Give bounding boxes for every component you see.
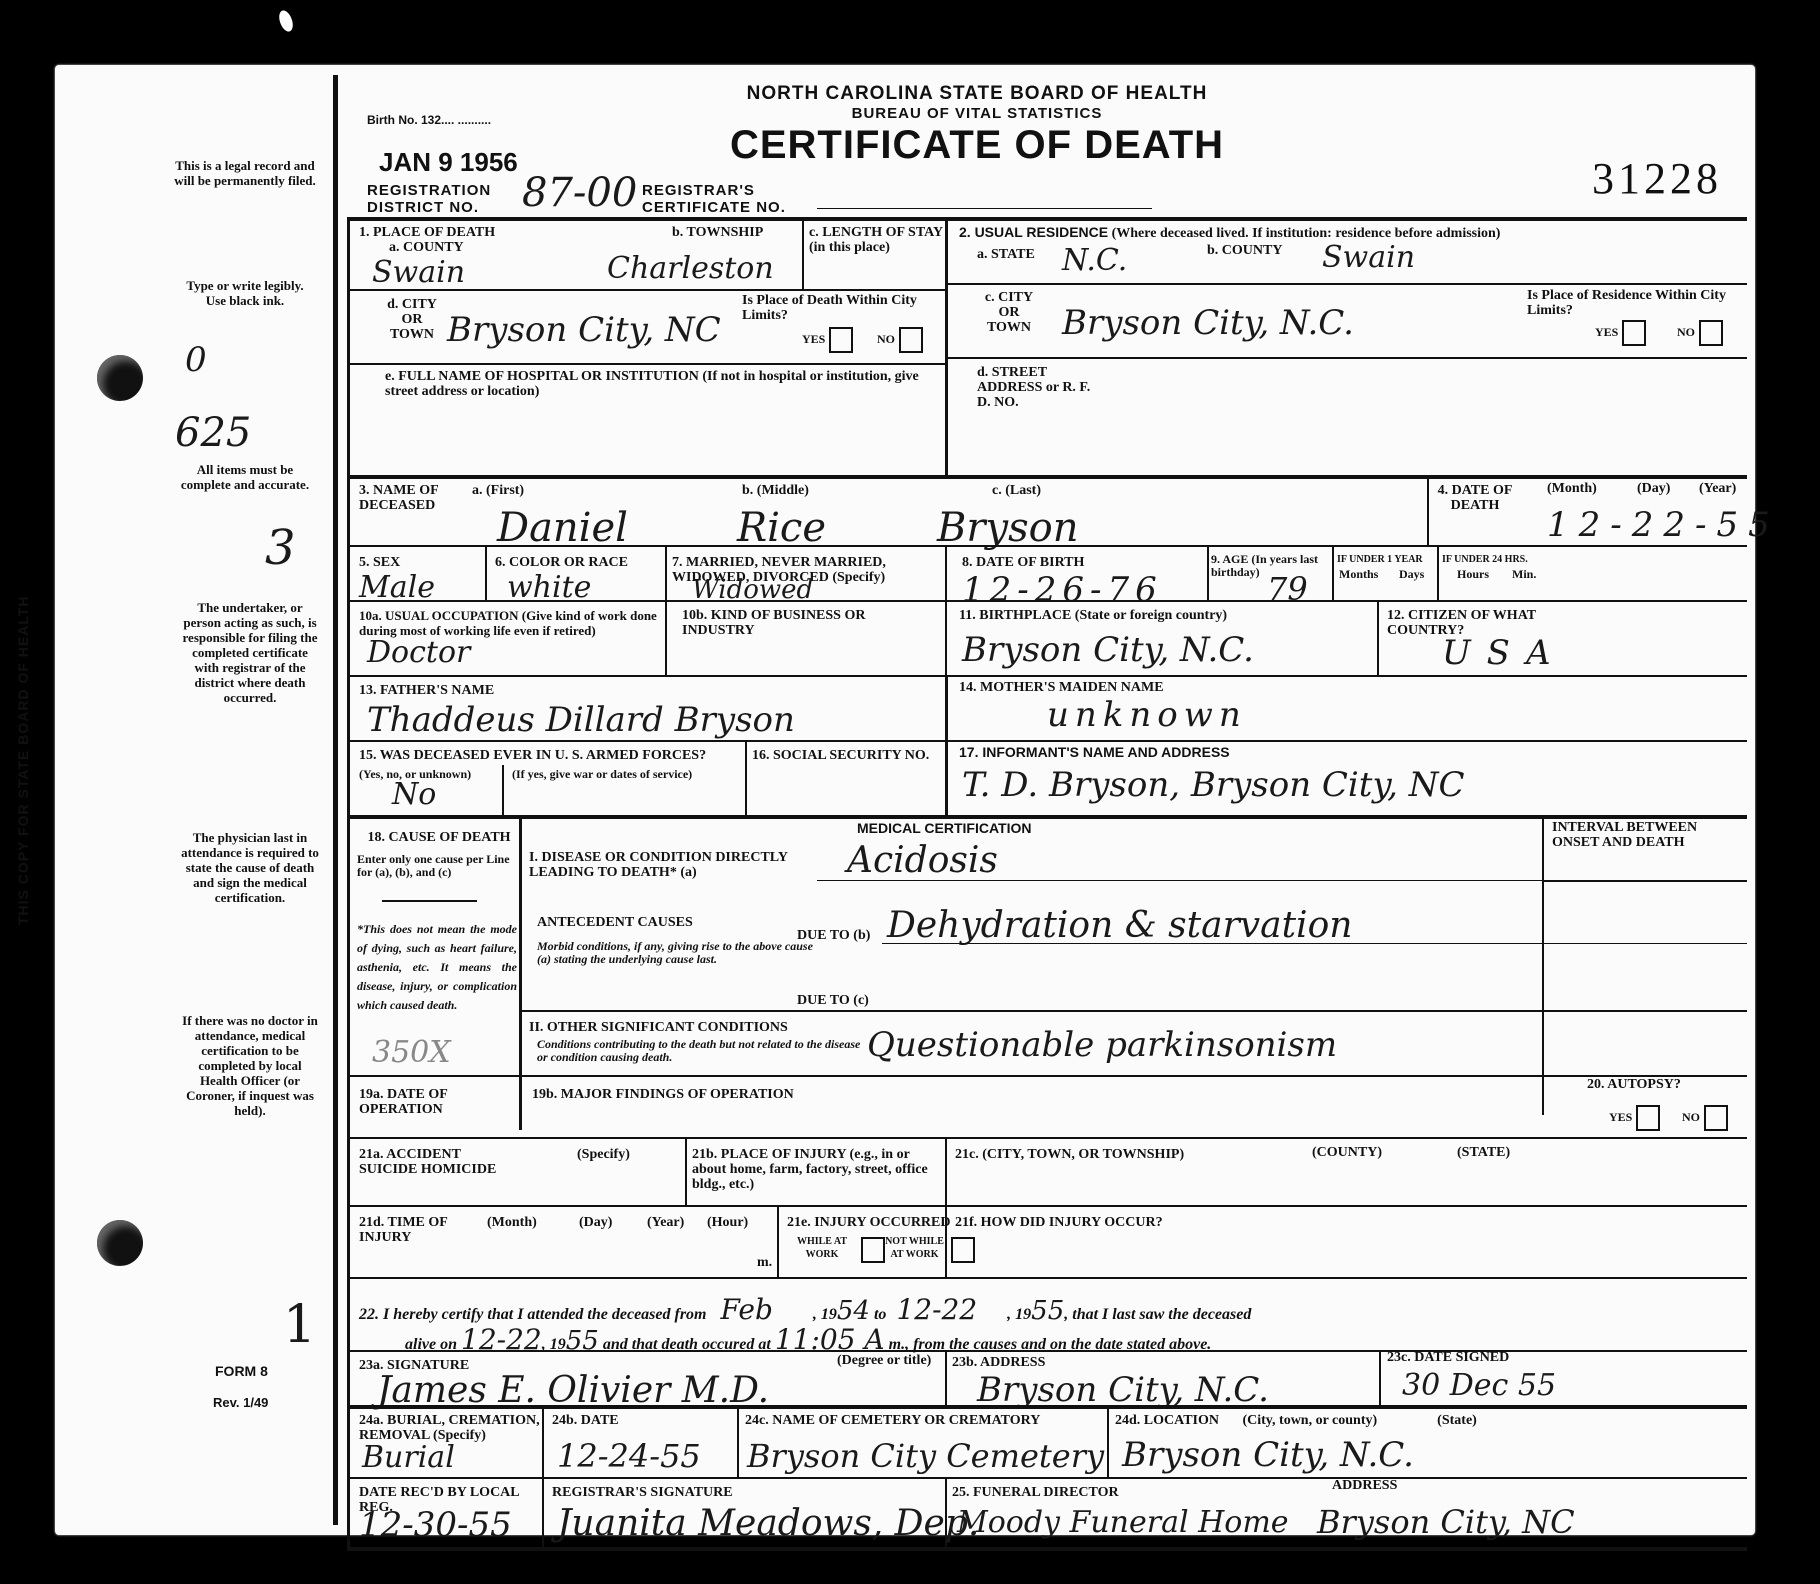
rule [347,1205,1747,1207]
header-rule [347,217,1747,221]
informant-value: T. D. Bryson, Bryson City, NC [962,765,1465,805]
residence-city-label: c. CITY OR TOWN [979,290,1039,335]
death-township-value: Charleston [607,251,774,286]
residence-within-limits-label: Is Place of Residence Within City Limits… [1527,288,1747,318]
death-day-label: (Day) [1637,481,1670,496]
injury-m-label: m. [757,1255,772,1270]
interval-label: INTERVAL BETWEEN ONSET AND DEATH [1552,820,1742,850]
divider [945,545,947,675]
injury-day-label: (Day) [579,1215,612,1230]
age-value: 79 [1267,570,1308,608]
sex-label: 5. SEX [359,555,400,570]
middle-name-label: b. (Middle) [742,483,809,498]
rule [347,1075,1747,1077]
occupation-label: 10a. USUAL OCCUPATION (Give kind of work… [359,608,664,638]
divider [519,815,522,1130]
date-received-value: 12-30-55 [359,1505,512,1545]
date-signed-value: 30 Dec 55 [1402,1368,1556,1403]
checkbox-yes[interactable] [1636,1105,1660,1131]
checkbox-no[interactable] [1699,320,1723,346]
other-conditions-value: Questionable parkinsonism [867,1025,1337,1065]
injury-type-label: 21a. ACCIDENT SUICIDE HOMICIDE [359,1147,499,1177]
attended-to-value: 12-22 [896,1293,977,1326]
rule [347,545,1747,547]
divider [1542,815,1544,1115]
months-label: Months [1339,568,1378,581]
registrar-certificate-label: REGISTRAR'S CERTIFICATE NO. [642,182,842,216]
left-margin: This is a legal record and will be perma… [55,65,337,1535]
autopsy-no[interactable]: NO [1682,1105,1728,1131]
antecedent-hint: Morbid conditions, if any, giving rise t… [537,940,817,966]
last-name-label: c. (Last) [992,483,1041,498]
death-date-value: 12-22-55 [1547,505,1780,545]
cemetery-label: 24c. NAME OF CEMETERY OR CREMATORY [745,1413,1040,1428]
length-of-stay-label: c. LENGTH OF STAY (in this place) [809,225,944,255]
divider [1107,1405,1109,1477]
divider [737,1405,739,1477]
paper-tear-mark [277,9,296,34]
attended-from-year: 54 [837,1296,870,1326]
birth-number: Birth No. 132.... .......... [367,113,491,127]
margin-note-physician: The physician last in attendance is requ… [180,830,320,905]
rule [347,675,1747,677]
residence-state-value: N.C. [1062,243,1127,278]
registrar-certificate-line [817,208,1152,209]
cause-b-value: Dehydration & starvation [887,905,1352,946]
rule [347,475,1747,479]
rule [347,363,945,365]
margin-code-1: 1 [283,1295,316,1355]
rule [519,1010,1747,1012]
informant-label: 17. INFORMANT'S NAME AND ADDRESS [959,745,1230,760]
form-left-border [347,217,350,1550]
rule [347,815,1747,819]
rule [347,1547,1747,1551]
divider [1207,545,1209,600]
received-stamp-date: JAN 9 1956 [379,147,518,178]
citizen-value: USA [1442,633,1567,673]
registration-district-value: 87-00 [522,170,637,216]
rule [347,1405,1747,1409]
injury-place-label: 21b. PLACE OF INJURY (e.g., in or about … [692,1147,942,1192]
autopsy-yes[interactable]: YES [1609,1105,1660,1131]
injury-time-label: 21d. TIME OF INJURY [359,1215,459,1245]
death-within-limits-label: Is Place of Death Within City Limits? [742,293,952,323]
divider [685,1137,687,1205]
death-date-label: 4. DATE OF DEATH [1435,483,1515,513]
checkbox-no[interactable] [899,327,923,353]
rule [945,357,1747,359]
rule [347,740,1747,742]
bureau-name: BUREAU OF VITAL STATISTICS [727,105,1227,122]
usual-residence-label: 2. USUAL RESIDENCE (Where deceased lived… [959,225,1749,241]
dob-label: 8. DATE OF BIRTH [962,555,1084,570]
vertical-copy-notice: THIS COPY FOR STATE BOARD OF HEALTH [15,595,31,925]
injury-city-label: 21c. (CITY, TOWN, OR TOWNSHIP) [955,1147,1184,1162]
divider [1377,600,1379,675]
death-city-value: Bryson City, NC [447,310,721,350]
agency-name: NORTH CAROLINA STATE BOARD OF HEALTH [727,83,1227,105]
form-revision: Rev. 1/49 [213,1395,268,1410]
divider [945,1350,947,1405]
form-number: FORM 8 [215,1363,268,1379]
injury-how-label: 21f. HOW DID INJURY OCCUR? [955,1215,1163,1230]
rule [347,1277,1747,1279]
operation-date-label: 19a. DATE OF OPERATION [359,1087,519,1117]
residence-within-limits-no[interactable]: NO [1677,320,1723,346]
residence-county-label: b. COUNTY [1207,243,1282,258]
injury-year-label: (Year) [647,1215,684,1230]
state-file-number: 31228 [1592,153,1722,204]
mother-label: 14. MOTHER'S MAIDEN NAME [959,680,1164,695]
rule [347,289,945,291]
registration-district-label: REGISTRATION DISTRICT NO. [367,182,527,216]
race-label: 6. COLOR OR RACE [495,555,628,570]
funeral-address-label: ADDRESS [1332,1478,1397,1493]
funeral-director-label: 25. FUNERAL DIRECTOR [952,1485,1119,1500]
hours-label: Hours [1457,568,1489,581]
margin-note-legal: This is a legal record and will be perma… [165,158,325,188]
injury-occurred-label: 21e. INJURY OCCURRED [787,1215,950,1230]
min-label: Min. [1512,568,1536,581]
business-label: 10b. KIND OF BUSINESS OR INDUSTRY [682,608,932,638]
divider [945,217,948,475]
injury-month-label: (Month) [487,1215,537,1230]
occupation-value: Doctor [367,635,470,670]
attended-from-value: Feb [721,1293,773,1326]
residence-within-limits-yes[interactable]: YES [1595,320,1646,346]
divider [777,1205,779,1277]
margin-code-625: 625 [175,410,251,456]
rule [347,1350,1747,1352]
date-signed-label: 23c. DATE SIGNED [1387,1350,1509,1365]
cause-footnote: *This does not mean the mode of dying, s… [357,920,517,1015]
dob-value: 12-26-76 [962,570,1163,610]
hospital-label: e. FULL NAME OF HOSPITAL OR INSTITUTION … [385,369,945,399]
part2-hint: Conditions contributing to the death but… [537,1038,867,1064]
birthplace-value: Bryson City, N.C. [962,630,1254,670]
margin-note-no-doctor: If there was no doctor in attendance, me… [180,1013,320,1118]
days-label: Days [1399,568,1424,581]
margin-note-undertaker: The undertaker, or person acting as such… [180,600,320,705]
father-value: Thaddeus Dillard Bryson [367,700,795,740]
checkbox-yes-checked[interactable] [1622,320,1646,346]
divider [1437,545,1439,600]
antecedent-label: ANTECEDENT CAUSES [537,915,693,930]
part1-label: I. DISEASE OR CONDITION DIRECTLY LEADING… [529,850,829,880]
part2-label: II. OTHER SIGNIFICANT CONDITIONS [529,1020,788,1035]
injury-county-label: (COUNTY) [1312,1145,1382,1160]
margin-code-3: 3 [265,520,296,576]
divider [1427,475,1429,545]
burial-date-label: 24b. DATE [552,1413,619,1428]
divider [485,545,487,600]
township-label: b. TOWNSHIP [672,225,763,240]
rule [347,600,1747,602]
cemetery-value: Bryson City Cemetery [747,1437,1104,1475]
operation-findings-label: 19b. MAJOR FINDINGS OF OPERATION [532,1087,794,1102]
death-within-limits-yes[interactable]: YES [802,327,853,353]
armed-forces-label: 15. WAS DECEASED EVER IN U. S. ARMED FOR… [359,748,749,763]
cause-of-death-label: 18. CAUSE OF DEATH [359,830,519,845]
death-county-value: Swain [372,255,465,290]
war-service-hint: (If yes, give war or dates of service) [512,768,692,781]
autopsy-label: 20. AUTOPSY? [1587,1077,1681,1092]
cause-a-value: Acidosis [847,840,998,881]
divider [945,675,948,815]
rule [882,943,1747,944]
page-title: CERTIFICATE OF DEATH [672,123,1282,168]
burial-date-value: 12-24-55 [557,1437,701,1475]
rule [347,1477,1747,1479]
divider [665,545,667,675]
burial-value: Burial [362,1440,455,1475]
due-to-b-label: DUE TO (b) [797,928,870,943]
checkbox-not-at-work[interactable] [951,1237,975,1263]
attended-to-year: 55 [1031,1296,1064,1326]
medical-certification-title: MEDICAL CERTIFICATION [857,820,1031,836]
certify-line-1: 22. I hereby certify that I attended the… [359,1293,1251,1326]
cause-of-death-hint: Enter only one cause per Line for (a), (… [357,853,517,879]
ssn-label: 16. SOCIAL SECURITY NO. [752,748,929,763]
death-year-label: (Year) [1699,481,1736,496]
residence-street-label: d. STREET ADDRESS or R. F. D. NO. [977,365,1107,410]
residence-state-label: a. STATE [977,247,1035,262]
margin-note-legibly: Type or write legibly. Use black ink. [185,278,305,308]
divider [802,217,804,289]
rule [382,900,477,902]
place-of-death-label: 1. PLACE OF DEATHa. COUNTY [359,225,559,255]
registrar-signature-label: REGISTRAR'S SIGNATURE [552,1485,733,1500]
certificate-form: Birth No. 132.... .......... NORTH CAROL… [347,65,1747,1535]
under-day-label: IF UNDER 24 HRS. [1442,553,1528,566]
death-certificate-sheet: This is a legal record and will be perma… [55,65,1755,1535]
checkbox-yes-checked[interactable] [829,327,853,353]
death-city-label: d. CITY OR TOWN [382,297,442,342]
physician-address-label: 23b. ADDRESS [952,1355,1045,1370]
birthplace-label: 11. BIRTHPLACE (State or foreign country… [959,608,1369,623]
due-to-c-label: DUE TO (c) [797,993,869,1008]
location-value: Bryson City, N.C. [1122,1435,1414,1475]
cause-margin-code: 350X [372,1035,451,1070]
injury-hour-label: (Hour) [707,1215,748,1230]
margin-note-complete: All items must be complete and accurate. [180,462,310,492]
divider [1332,545,1334,600]
injury-at-work[interactable]: WHILE AT WORK [792,1235,852,1261]
injury-specify-label: (Specify) [577,1147,630,1162]
deceased-name-label: 3. NAME OF DECEASED [359,483,459,513]
under-year-label: IF UNDER 1 YEAR [1337,553,1423,566]
injury-not-at-work[interactable]: NOT WHILE AT WORK [882,1235,947,1261]
location-label: 24d. LOCATION (City, town, or county)(St… [1115,1413,1477,1428]
registrar-signature-value: Juanita Meadows, Dep. [557,1503,979,1544]
divider [1379,1350,1381,1405]
injury-state-label: (STATE) [1457,1145,1510,1160]
burial-label: 24a. BURIAL, CREMATION, REMOVAL (Specify… [359,1413,544,1443]
mother-value: unknown [1047,695,1247,735]
funeral-address-value: Bryson City, NC [1317,1503,1575,1541]
divider [502,765,504,815]
death-within-limits-no[interactable]: NO [877,327,923,353]
punch-hole-icon [97,355,143,401]
residence-county-value: Swain [1322,240,1415,275]
physician-address-value: Bryson City, N.C. [977,1370,1269,1410]
armed-forces-value: No [392,777,436,812]
rule [347,1137,1747,1139]
degree-label: (Degree or title) [837,1353,931,1368]
funeral-director-value: Moody Funeral Home [957,1505,1289,1540]
checkbox-no[interactable] [1704,1105,1728,1131]
margin-divider [333,75,338,1525]
father-label: 13. FATHER'S NAME [359,683,494,698]
punch-hole-icon [97,1220,143,1266]
rule [1542,880,1747,882]
rule [945,283,1747,285]
margin-code-0: 0 [185,340,207,380]
death-month-label: (Month) [1547,481,1597,496]
first-name-label: a. (First) [472,483,524,498]
residence-city-value: Bryson City, N.C. [1062,303,1354,343]
